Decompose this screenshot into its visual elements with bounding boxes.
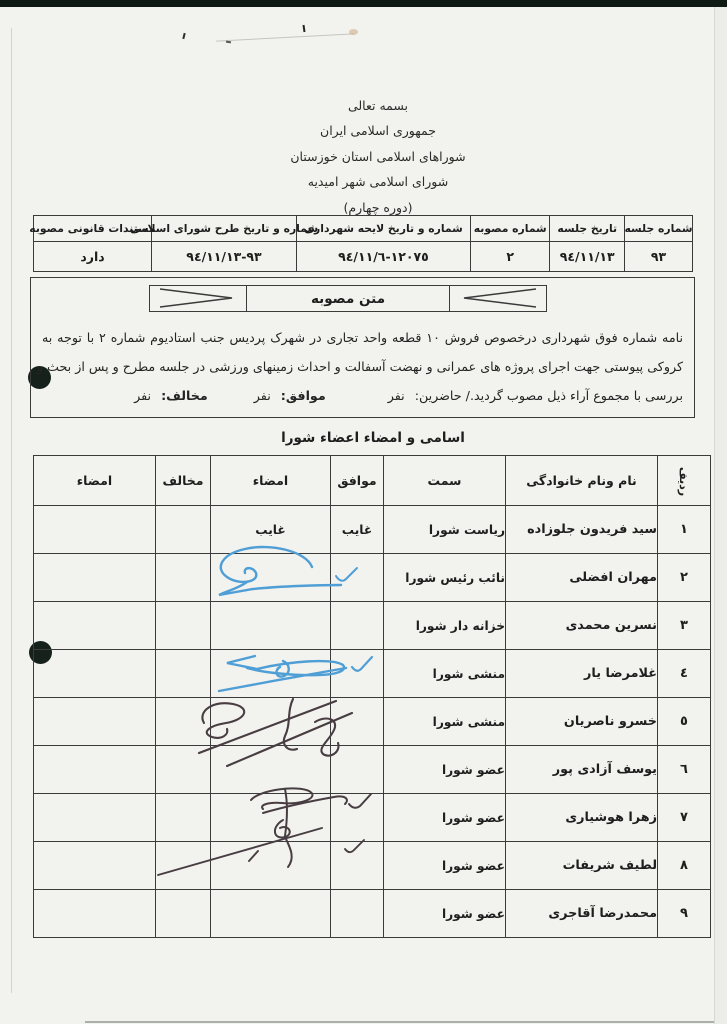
meta-column: شماره جلسه۹۳ xyxy=(624,216,692,271)
agree-cell xyxy=(331,794,384,842)
members-header-cell: امضاء xyxy=(211,456,331,506)
member-name-cell: خسرو ناصریان xyxy=(506,698,658,746)
position-cell: منشی شورا xyxy=(384,698,506,746)
oppose-signature-cell xyxy=(34,506,156,554)
vote-line-prefix: بررسی با مجموع آراء ذیل مصوب گردید./ حاض… xyxy=(415,381,683,410)
oppose-signature-cell xyxy=(34,794,156,842)
scan-speck xyxy=(303,25,306,32)
oppose-cell xyxy=(156,506,211,554)
oppose-cell xyxy=(156,602,211,650)
oppose-label: مخالف: xyxy=(161,381,208,410)
agree-label: موافق: xyxy=(281,381,326,410)
meta-column-label: شماره و تاریخ لایحه شهرداری xyxy=(297,216,470,242)
agree-cell xyxy=(331,554,384,602)
members-header-cell: امضاء xyxy=(34,456,156,506)
meta-column-value: ۲ xyxy=(471,242,550,271)
agree-signature-cell xyxy=(211,602,331,650)
resolution-box: متن مصوبه نامه شماره فوق شهرداری درخصوص … xyxy=(30,277,695,418)
row-number-cell: ۲ xyxy=(658,554,711,602)
member-row: ۲مهران افضلینائب رئیس شورا xyxy=(34,554,711,602)
agree-signature-cell xyxy=(211,554,331,602)
position-cell: منشی شورا xyxy=(384,650,506,698)
banner-right-section xyxy=(450,286,546,311)
members-header-cell: سمت xyxy=(384,456,506,506)
member-row: ٥خسرو ناصریانمنشی شورا xyxy=(34,698,711,746)
oppose-cell xyxy=(156,650,211,698)
meta-column-value: ۹۳ xyxy=(625,242,692,271)
agree-cell: غایب xyxy=(331,506,384,554)
members-header-cell: نام ونام خانوادگی xyxy=(506,456,658,506)
position-cell: عضو شورا xyxy=(384,794,506,842)
agree-cell xyxy=(331,890,384,938)
agree-signature-cell xyxy=(211,890,331,938)
meta-column-label: شماره و تاریخ طرح شورای اسلامی xyxy=(152,216,296,242)
row-number-cell: ۱ xyxy=(658,506,711,554)
banner-chevron-left-icon xyxy=(150,286,246,310)
meta-table: شماره جلسه۹۳تاریخ جلسه۹٤/۱۱/۱۳شماره مصوب… xyxy=(33,215,693,272)
row-number-cell: ٤ xyxy=(658,650,711,698)
scan-top-edge xyxy=(0,0,727,7)
resolution-text: نامه شماره فوق شهرداری درخصوص فروش ۱۰ قط… xyxy=(42,323,683,410)
agree-cell xyxy=(331,698,384,746)
member-row: ٦یوسف آزادی پورعضو شورا xyxy=(34,746,711,794)
position-cell: ریاست شورا xyxy=(384,506,506,554)
meta-column: شماره و تاریخ طرح شورای اسلامی۹٤/۱۱/۱۳-۹… xyxy=(151,216,296,271)
meta-column-value: ۹٤/۱۱/۱۳ xyxy=(550,242,624,271)
oppose-cell xyxy=(156,794,211,842)
resolution-line-1: نامه شماره فوق شهرداری درخصوص فروش ۱۰ قط… xyxy=(42,323,683,352)
members-table: ردیفنام ونام خانوادگیسمتموافقامضاءمخالفا… xyxy=(33,455,711,938)
scan-bottom-edge xyxy=(85,1021,727,1023)
oppose-signature-cell xyxy=(34,554,156,602)
member-row: ۱سید فریدون جلوزادهریاست شوراغایبغایب xyxy=(34,506,711,554)
meta-column: شماره مصوبه۲ xyxy=(470,216,550,271)
oppose-signature-cell xyxy=(34,650,156,698)
position-cell: عضو شورا xyxy=(384,890,506,938)
present-count: نفر xyxy=(388,381,405,410)
scan-speck xyxy=(226,41,231,44)
resolution-vote-line: بررسی با مجموع آراء ذیل مصوب گردید./ حاض… xyxy=(42,381,683,410)
resolution-banner: متن مصوبه xyxy=(149,285,547,312)
oppose-count: نفر xyxy=(134,381,151,410)
letterhead: بسمه تعالیجمهوری اسلامی ایرانشوراهای اسل… xyxy=(28,93,727,220)
member-row: ٤غلامرضا یارمنشی شورا xyxy=(34,650,711,698)
agree-signature-cell xyxy=(211,842,331,890)
banner-title: متن مصوبه xyxy=(246,286,450,311)
agree-signature-cell xyxy=(211,698,331,746)
member-row: ۸لطیف شریفاتعضو شورا xyxy=(34,842,711,890)
oppose-signature-cell xyxy=(34,842,156,890)
position-cell: خزانه دار شورا xyxy=(384,602,506,650)
oppose-cell xyxy=(156,842,211,890)
row-number-header-rotated: ردیف xyxy=(678,467,691,496)
position-cell: نائب رئیس شورا xyxy=(384,554,506,602)
oppose-signature-cell xyxy=(34,746,156,794)
scan-scratch xyxy=(216,33,354,41)
member-name-cell: محمدرضا آقاجری xyxy=(506,890,658,938)
row-number-cell: ۷ xyxy=(658,794,711,842)
member-name-cell: غلامرضا یار xyxy=(506,650,658,698)
meta-column-value: ۹٤/۱۱/٦-۱۲۰۷٥ xyxy=(297,242,470,271)
member-row: ۷زهرا هوشیاریعضو شورا xyxy=(34,794,711,842)
row-number-cell: ۳ xyxy=(658,602,711,650)
agree-signature-cell xyxy=(211,794,331,842)
oppose-cell xyxy=(156,890,211,938)
agree-cell xyxy=(331,650,384,698)
member-row: ۹محمدرضا آقاجریعضو شورا xyxy=(34,890,711,938)
member-name-cell: لطیف شریفات xyxy=(506,842,658,890)
oppose-signature-cell xyxy=(34,698,156,746)
members-header-cell: مخالف xyxy=(156,456,211,506)
position-cell: عضو شورا xyxy=(384,746,506,794)
agree-cell xyxy=(331,602,384,650)
meta-column-value: دارد xyxy=(34,242,151,271)
scanned-council-resolution-page: بسمه تعالیجمهوری اسلامی ایرانشوراهای اسل… xyxy=(0,0,727,1024)
member-name-cell: مهران افضلی xyxy=(506,554,658,602)
oppose-cell xyxy=(156,698,211,746)
meta-column-value: ۹٤/۱۱/۱۳-۹۳ xyxy=(152,242,296,271)
member-name-cell: یوسف آزادی پور xyxy=(506,746,658,794)
letterhead-line: جمهوری اسلامی ایران xyxy=(28,118,727,143)
oppose-signature-cell xyxy=(34,602,156,650)
banner-chevron-right-icon xyxy=(450,286,546,310)
position-cell: عضو شورا xyxy=(384,842,506,890)
paper-fold-line xyxy=(11,28,12,993)
member-name-cell: زهرا هوشیاری xyxy=(506,794,658,842)
members-header-cell: موافق xyxy=(331,456,384,506)
meta-column: تاریخ جلسه۹٤/۱۱/۱۳ xyxy=(549,216,624,271)
member-name-cell: سید فریدون جلوزاده xyxy=(506,506,658,554)
agree-cell xyxy=(331,842,384,890)
letterhead-line: شوراهای اسلامی استان خوزستان xyxy=(28,144,727,169)
members-table-title: اسامی و امضاء اعضاء شورا xyxy=(28,430,718,446)
meta-column: شماره و تاریخ لایحه شهرداری۹٤/۱۱/٦-۱۲۰۷٥ xyxy=(296,216,470,271)
agree-signature-cell xyxy=(211,650,331,698)
meta-column-label: شماره جلسه xyxy=(625,216,692,242)
meta-column-label: شماره مصوبه xyxy=(471,216,550,242)
oppose-signature-cell xyxy=(34,890,156,938)
letterhead-line: بسمه تعالی xyxy=(28,93,727,118)
resolution-line-2: کروکی پیوستی جهت اجرای پروژه های عمرانی … xyxy=(42,352,683,381)
row-number-cell: ٦ xyxy=(658,746,711,794)
scan-stain xyxy=(349,29,358,35)
meta-column-label: مستندات قانونی مصوبه xyxy=(34,216,151,242)
row-number-cell: ۸ xyxy=(658,842,711,890)
scan-speck xyxy=(182,33,185,39)
agree-cell xyxy=(331,746,384,794)
oppose-cell xyxy=(156,554,211,602)
agree-signature-cell: غایب xyxy=(211,506,331,554)
member-name-cell: نسرین محمدی xyxy=(506,602,658,650)
row-number-cell: ۹ xyxy=(658,890,711,938)
meta-column-label: تاریخ جلسه xyxy=(550,216,624,242)
agree-signature-cell xyxy=(211,746,331,794)
row-number-cell: ٥ xyxy=(658,698,711,746)
members-header-cell: ردیف xyxy=(658,456,711,506)
oppose-cell xyxy=(156,746,211,794)
meta-column: مستندات قانونی مصوبهدارد xyxy=(34,216,151,271)
member-row: ۳نسرین محمدیخزانه دار شورا xyxy=(34,602,711,650)
agree-count: نفر xyxy=(254,381,271,410)
letterhead-line: شورای اسلامی شهر امیدیه xyxy=(28,169,727,194)
banner-left-section xyxy=(150,286,246,311)
